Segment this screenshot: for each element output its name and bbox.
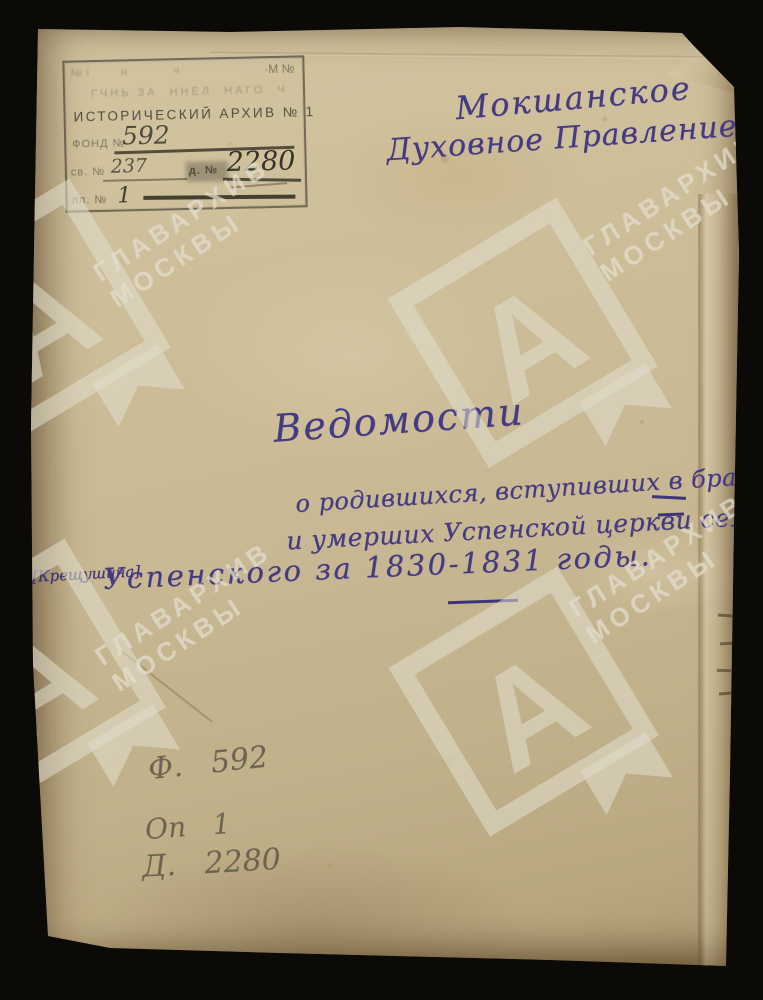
stamp-archive-title: ИСТОРИЧЕСКИЙ АРХИВ № 1: [73, 104, 315, 124]
stamp-fund-label: ФОНД №: [72, 137, 125, 150]
pencil-opis-number: Оп 1: [144, 807, 232, 846]
stamp-sv-value: 237: [110, 155, 147, 178]
stamp-delo-label: д. №: [189, 164, 219, 177]
edge-tear-mark: [717, 669, 731, 672]
stamp-faded-text: ·М №: [264, 61, 295, 76]
stamp-faded-text: ГЧНЬ ЗА ННЕЛ НАГО Ч: [91, 84, 288, 100]
document-cover-page: №і н ч ·М № ГЧНЬ ЗА ННЕЛ НАГО Ч ИСТОРИЧЕ…: [30, 24, 742, 972]
stamp-faded-text: №і н ч: [70, 65, 183, 80]
stray-ink-dash: [652, 495, 686, 500]
stamp-list-value: 1: [117, 183, 132, 208]
pencil-delo-number: Д. 2280: [141, 842, 282, 884]
stamp-fund-value: 592: [122, 120, 170, 150]
stamp-underline: [103, 178, 187, 182]
